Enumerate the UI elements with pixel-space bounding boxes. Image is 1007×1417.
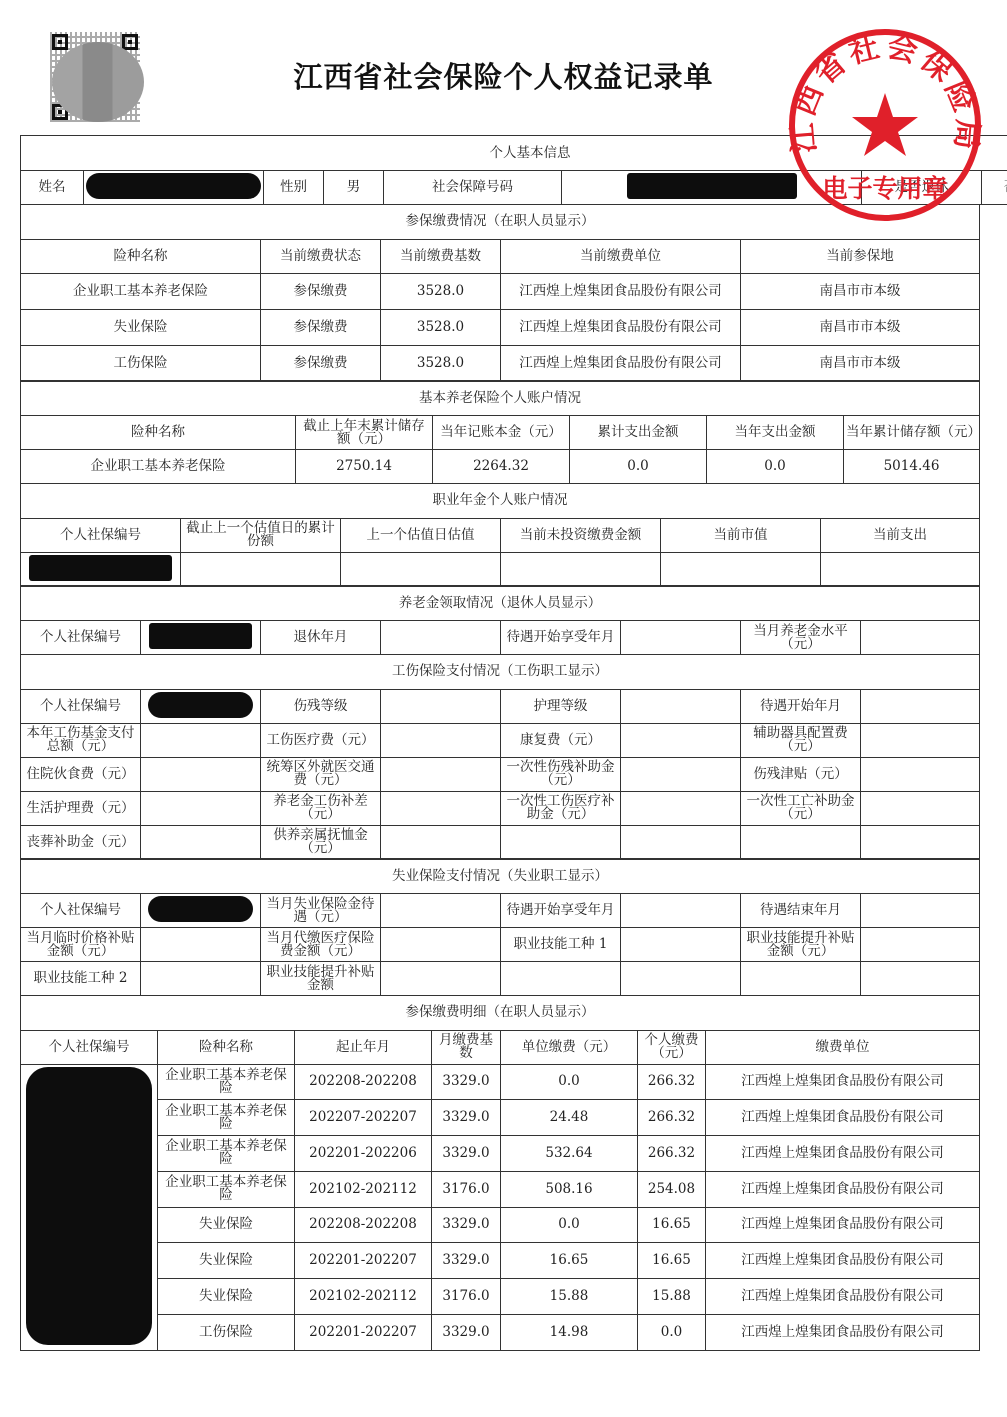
table-cell	[861, 689, 980, 723]
section-title-contribution: 参保缴费情况（在职人员显示）	[21, 204, 980, 239]
table-cell: 一次性伤残补助金（元）	[501, 757, 621, 791]
redaction-mark	[26, 1067, 153, 1345]
table-cell: 企业职工基本养老保险	[158, 1136, 295, 1172]
gender-value: 男	[324, 171, 384, 205]
retired-value: 否	[982, 171, 1007, 205]
record-sheet: 个人基本信息 姓名 性别 男 社会保障号码 是否退休 否 参保缴费情况（在职人员…	[20, 135, 979, 1351]
table-row: 当月临时价格补贴金额（元）当月代缴医疗保险费金额（元）职业技能工种 1职业技能提…	[21, 928, 980, 962]
table-cell: 江西煌上煌集团食品股份有限公司	[501, 345, 741, 381]
table-cell: 南昌市市本级	[741, 309, 980, 345]
table-cell	[141, 825, 261, 859]
ssn-cell	[21, 1064, 158, 1350]
contribution-detail-table: 参保缴费明细（在职人员显示） 个人社保编号险种名称起止年月月缴费基数单位缴费（元…	[20, 995, 980, 1351]
name-value	[84, 171, 264, 205]
table-cell: 企业职工基本养老保险	[158, 1064, 295, 1100]
column-header: 截止上一个估值日的累计份额	[181, 518, 341, 552]
pension-receipt-table: 养老金领取情况（退休人员显示） 个人社保编号 退休年月 待遇开始享受年月 当月养…	[20, 585, 980, 655]
table-cell	[141, 791, 261, 825]
table-cell	[821, 552, 980, 586]
column-header: 当前缴费单位	[501, 239, 741, 273]
table-row: 生活护理费（元）养老金工伤补差（元）一次性工伤医疗补助金（元）一次性工亡补助金（…	[21, 791, 980, 825]
table-cell: 职业技能工种 2	[21, 962, 141, 996]
table-cell: 532.64	[501, 1136, 638, 1172]
table-cell: 工伤医疗费（元）	[261, 723, 381, 757]
gender-label: 性别	[264, 171, 324, 205]
table-cell: 江西煌上煌集团食品股份有限公司	[501, 309, 741, 345]
table-cell: 统筹区外就医交通费（元）	[261, 757, 381, 791]
contribution-status-table: 参保缴费情况（在职人员显示） 险种名称当前缴费状态当前缴费基数当前缴费单位当前参…	[20, 204, 980, 382]
table-cell	[501, 552, 661, 586]
column-header: 起止年月	[295, 1030, 432, 1064]
column-header: 当前支出	[821, 518, 980, 552]
table-cell: 待遇结束年月	[741, 894, 861, 928]
table-cell	[141, 723, 261, 757]
table-cell	[621, 791, 741, 825]
annuity-account-table: 职业年金个人账户情况 个人社保编号截止上一个估值日的累计份额上一个估值日估值当前…	[20, 483, 980, 587]
table-cell: 24.48	[501, 1100, 638, 1136]
table-cell: 失业保险	[21, 309, 261, 345]
column-header: 当前市值	[661, 518, 821, 552]
table-row: 企业职工基本养老保险202207-2022073329.024.48266.32…	[21, 1100, 980, 1136]
table-cell	[381, 894, 501, 928]
table-cell	[621, 894, 741, 928]
table-row: 失业保险202102-2021123176.015.8815.88江西煌上煌集团…	[21, 1279, 980, 1315]
redaction-mark	[86, 173, 261, 199]
section-title-annuity: 职业年金个人账户情况	[21, 483, 980, 518]
table-cell: 企业职工基本养老保险	[21, 273, 261, 309]
receipt-ssn-label: 个人社保编号	[21, 621, 141, 655]
table-cell: 2750.14	[296, 450, 433, 484]
column-header: 累计支出金额	[570, 416, 707, 450]
table-cell	[21, 552, 181, 586]
table-cell: 企业职工基本养老保险	[158, 1171, 295, 1207]
table-cell: 266.32	[638, 1136, 706, 1172]
table-cell: 江西煌上煌集团食品股份有限公司	[706, 1100, 980, 1136]
column-header: 个人缴费（元）	[638, 1030, 706, 1064]
section-title-unemployment: 失业保险支付情况（失业职工显示）	[21, 859, 980, 894]
basic-info-table: 个人基本信息 姓名 性别 男 社会保障号码 是否退休 否	[20, 135, 1007, 205]
table-cell: 护理等级	[501, 689, 621, 723]
table-cell: 南昌市市本级	[741, 273, 980, 309]
table-header-row: 个人社保编号截止上一个估值日的累计份额上一个估值日估值当前未投资缴费金额当前市值…	[21, 518, 980, 552]
table-cell: 一次性工伤医疗补助金（元）	[501, 791, 621, 825]
table-cell: 3528.0	[381, 345, 501, 381]
table-cell: 202201-202206	[295, 1136, 432, 1172]
table-cell	[621, 825, 741, 859]
table-cell: 个人社保编号	[21, 689, 141, 723]
table-cell: 参保缴费	[261, 273, 381, 309]
table-cell: 0.0	[501, 1064, 638, 1100]
table-cell: 江西煌上煌集团食品股份有限公司	[706, 1243, 980, 1279]
column-header: 个人社保编号	[21, 518, 181, 552]
table-row: 企业职工基本养老保险参保缴费3528.0江西煌上煌集团食品股份有限公司南昌市市本…	[21, 273, 980, 309]
table-cell: 3176.0	[432, 1279, 501, 1315]
table-cell: 职业技能提升补贴金额	[261, 962, 381, 996]
table-cell: 202208-202208	[295, 1207, 432, 1243]
table-cell	[381, 757, 501, 791]
table-cell: 3329.0	[432, 1136, 501, 1172]
table-cell: 3329.0	[432, 1064, 501, 1100]
table-cell: 待遇开始年月	[741, 689, 861, 723]
table-cell: 3176.0	[432, 1171, 501, 1207]
table-cell: 住院伙食费（元）	[21, 757, 141, 791]
table-cell: 当月临时价格补贴金额（元）	[21, 928, 141, 962]
redaction-mark	[149, 623, 253, 649]
table-cell	[341, 552, 501, 586]
table-cell: 15.88	[501, 1279, 638, 1315]
injury-payment-table: 工伤保险支付情况（工伤职工显示） 个人社保编号伤残等级护理等级待遇开始年月本年工…	[20, 654, 980, 860]
table-cell: 失业保险	[158, 1279, 295, 1315]
table-cell	[861, 928, 980, 962]
receipt-ssn-value	[141, 621, 261, 655]
section-title-pension-receipt: 养老金领取情况（退休人员显示）	[21, 586, 980, 621]
retire-month-value	[381, 621, 501, 655]
table-cell: 5014.46	[844, 450, 980, 484]
column-header: 险种名称	[21, 239, 261, 273]
table-cell: 参保缴费	[261, 309, 381, 345]
name-label: 姓名	[21, 171, 84, 205]
redaction-mark	[29, 555, 172, 581]
table-cell	[861, 723, 980, 757]
table-cell: 工伤保险	[158, 1314, 295, 1350]
table-cell: 江西煌上煌集团食品股份有限公司	[706, 1171, 980, 1207]
table-cell	[381, 723, 501, 757]
table-cell	[381, 689, 501, 723]
table-cell: 江西煌上煌集团食品股份有限公司	[706, 1136, 980, 1172]
table-cell: 江西煌上煌集团食品股份有限公司	[501, 273, 741, 309]
table-cell: 南昌市市本级	[741, 345, 980, 381]
ssn-value	[562, 171, 862, 205]
table-cell: 失业保险	[158, 1243, 295, 1279]
table-row: 企业职工基本养老保险2750.142264.320.00.05014.46	[21, 450, 980, 484]
redaction-mark	[148, 896, 254, 922]
column-header: 当前参保地	[741, 239, 980, 273]
table-cell: 失业保险	[158, 1207, 295, 1243]
section-title-detail: 参保缴费明细（在职人员显示）	[21, 995, 980, 1030]
table-cell: 伤残津贴（元）	[741, 757, 861, 791]
table-cell: 202207-202207	[295, 1100, 432, 1136]
table-cell: 202208-202208	[295, 1064, 432, 1100]
table-cell	[141, 962, 261, 996]
table-cell: 15.88	[638, 1279, 706, 1315]
table-row: 住院伙食费（元）统筹区外就医交通费（元）一次性伤残补助金（元）伤残津贴（元）	[21, 757, 980, 791]
table-cell: 伤残等级	[261, 689, 381, 723]
table-cell: 266.32	[638, 1064, 706, 1100]
column-header: 当前缴费状态	[261, 239, 381, 273]
column-header: 上一个估值日估值	[341, 518, 501, 552]
table-row: 个人社保编号当月失业保险金待遇（元）待遇开始享受年月待遇结束年月	[21, 894, 980, 928]
table-cell: 辅助器具配置费（元）	[741, 723, 861, 757]
monthly-pension-label: 当月养老金水平（元）	[741, 621, 861, 655]
table-cell: 202201-202207	[295, 1314, 432, 1350]
table-cell: 本年工伤基金支付总额（元）	[21, 723, 141, 757]
table-cell: 16.65	[638, 1207, 706, 1243]
column-header: 当年记账本金（元）	[433, 416, 570, 450]
table-cell: 职业技能工种 1	[501, 928, 621, 962]
table-cell: 0.0	[638, 1314, 706, 1350]
column-header: 当年支出金额	[707, 416, 844, 450]
table-cell: 待遇开始享受年月	[501, 894, 621, 928]
column-header: 当年累计储存额（元）	[844, 416, 980, 450]
table-cell	[861, 825, 980, 859]
column-header: 缴费单位	[706, 1030, 980, 1064]
table-cell: 生活护理费（元）	[21, 791, 141, 825]
table-cell: 丧葬补助金（元）	[21, 825, 141, 859]
section-title-pension-account: 基本养老保险个人账户情况	[21, 381, 980, 416]
table-cell	[861, 757, 980, 791]
table-row: 失业保险202208-2022083329.00.016.65江西煌上煌集团食品…	[21, 1207, 980, 1243]
document-title: 江西省社会保险个人权益记录单	[0, 55, 1007, 96]
table-row: 个人社保编号伤残等级护理等级待遇开始年月	[21, 689, 980, 723]
table-cell: 职业技能提升补贴金额（元）	[741, 928, 861, 962]
table-cell	[621, 962, 741, 996]
column-header: 险种名称	[158, 1030, 295, 1064]
table-row: 工伤保险202201-2022073329.014.980.0江西煌上煌集团食品…	[21, 1314, 980, 1350]
table-cell: 16.65	[638, 1243, 706, 1279]
table-cell	[621, 928, 741, 962]
table-cell: 508.16	[501, 1171, 638, 1207]
table-cell: 3329.0	[432, 1243, 501, 1279]
redaction-mark	[627, 173, 797, 199]
table-header-row: 险种名称当前缴费状态当前缴费基数当前缴费单位当前参保地	[21, 239, 980, 273]
unemployment-payment-table: 失业保险支付情况（失业职工显示） 个人社保编号当月失业保险金待遇（元）待遇开始享…	[20, 858, 980, 996]
table-row: 丧葬补助金（元）供养亲属抚恤金（元）	[21, 825, 980, 859]
section-title-basic: 个人基本信息	[21, 136, 1007, 171]
retired-label: 是否退休	[862, 171, 982, 205]
column-header: 截止上年末累计储存额（元）	[296, 416, 433, 450]
table-cell: 参保缴费	[261, 345, 381, 381]
table-cell	[181, 552, 341, 586]
table-header-row: 个人社保编号险种名称起止年月月缴费基数单位缴费（元）个人缴费（元）缴费单位	[21, 1030, 980, 1064]
table-cell	[861, 894, 980, 928]
table-cell: 202102-202112	[295, 1279, 432, 1315]
table-cell	[501, 962, 621, 996]
table-cell	[141, 894, 261, 928]
table-cell: 企业职工基本养老保险	[158, 1100, 295, 1136]
table-cell	[381, 962, 501, 996]
table-row: 企业职工基本养老保险202102-2021123176.0508.16254.0…	[21, 1171, 980, 1207]
table-cell: 0.0	[570, 450, 707, 484]
table-row: 工伤保险参保缴费3528.0江西煌上煌集团食品股份有限公司南昌市市本级	[21, 345, 980, 381]
table-row	[21, 552, 980, 586]
column-header: 月缴费基数	[432, 1030, 501, 1064]
table-cell: 江西煌上煌集团食品股份有限公司	[706, 1279, 980, 1315]
column-header: 单位缴费（元）	[501, 1030, 638, 1064]
table-cell	[381, 825, 501, 859]
column-header: 当前缴费基数	[381, 239, 501, 273]
table-cell: 当月代缴医疗保险费金额（元）	[261, 928, 381, 962]
table-cell	[381, 791, 501, 825]
table-cell	[621, 757, 741, 791]
table-cell: 供养亲属抚恤金（元）	[261, 825, 381, 859]
table-cell: 3329.0	[432, 1207, 501, 1243]
table-row: 职业技能工种 2职业技能提升补贴金额	[21, 962, 980, 996]
benefit-start-value	[621, 621, 741, 655]
table-cell	[621, 723, 741, 757]
table-cell: 企业职工基本养老保险	[21, 450, 296, 484]
table-cell: 202201-202207	[295, 1243, 432, 1279]
redaction-mark	[148, 692, 254, 718]
retire-month-label: 退休年月	[261, 621, 381, 655]
table-cell	[381, 928, 501, 962]
table-cell: 16.65	[501, 1243, 638, 1279]
table-cell: 康复费（元）	[501, 723, 621, 757]
table-cell	[661, 552, 821, 586]
table-row: 本年工伤基金支付总额（元）工伤医疗费（元）康复费（元）辅助器具配置费（元）	[21, 723, 980, 757]
table-cell: 3528.0	[381, 273, 501, 309]
table-cell: 14.98	[501, 1314, 638, 1350]
table-cell: 当月失业保险金待遇（元）	[261, 894, 381, 928]
table-row: 企业职工基本养老保险202201-2022063329.0532.64266.3…	[21, 1136, 980, 1172]
table-row: 企业职工基本养老保险202208-2022083329.00.0266.32江西…	[21, 1064, 980, 1100]
column-header: 险种名称	[21, 416, 296, 450]
table-cell	[141, 757, 261, 791]
table-cell: 202102-202112	[295, 1171, 432, 1207]
table-cell: 一次性工亡补助金（元）	[741, 791, 861, 825]
table-cell	[141, 928, 261, 962]
table-cell	[741, 825, 861, 859]
table-cell: 266.32	[638, 1100, 706, 1136]
table-cell	[621, 689, 741, 723]
ssn-label: 社会保障号码	[384, 171, 562, 205]
table-row: 失业保险202201-2022073329.016.6516.65江西煌上煌集团…	[21, 1243, 980, 1279]
column-header: 当前未投资缴费金额	[501, 518, 661, 552]
table-cell: 0.0	[501, 1207, 638, 1243]
table-cell: 江西煌上煌集团食品股份有限公司	[706, 1064, 980, 1100]
table-cell: 工伤保险	[21, 345, 261, 381]
pension-account-table: 基本养老保险个人账户情况 险种名称截止上年末累计储存额（元）当年记账本金（元）累…	[20, 380, 980, 484]
table-cell: 254.08	[638, 1171, 706, 1207]
table-cell	[141, 689, 261, 723]
table-cell: 个人社保编号	[21, 894, 141, 928]
table-cell	[501, 825, 621, 859]
table-cell: 0.0	[707, 450, 844, 484]
table-cell: 养老金工伤补差（元）	[261, 791, 381, 825]
table-cell	[861, 791, 980, 825]
table-header-row: 险种名称截止上年末累计储存额（元）当年记账本金（元）累计支出金额当年支出金额当年…	[21, 416, 980, 450]
section-title-injury: 工伤保险支付情况（工伤职工显示）	[21, 654, 980, 689]
table-cell: 3329.0	[432, 1100, 501, 1136]
table-row: 失业保险参保缴费3528.0江西煌上煌集团食品股份有限公司南昌市市本级	[21, 309, 980, 345]
table-cell	[741, 962, 861, 996]
table-cell: 3528.0	[381, 309, 501, 345]
table-cell: 2264.32	[433, 450, 570, 484]
benefit-start-label: 待遇开始享受年月	[501, 621, 621, 655]
table-cell: 江西煌上煌集团食品股份有限公司	[706, 1207, 980, 1243]
column-header: 个人社保编号	[21, 1030, 158, 1064]
table-cell: 江西煌上煌集团食品股份有限公司	[706, 1314, 980, 1350]
monthly-pension-value	[861, 621, 980, 655]
table-cell	[861, 962, 980, 996]
table-cell: 3329.0	[432, 1314, 501, 1350]
